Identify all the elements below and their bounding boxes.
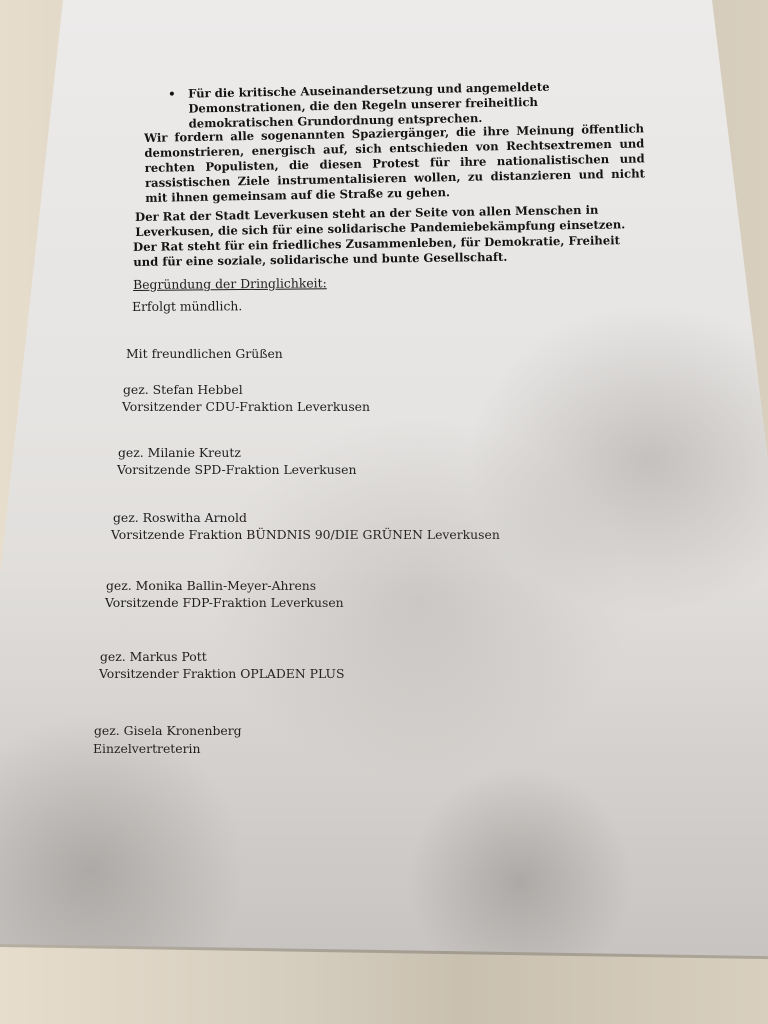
signatory-role: Einzelvertreterin	[93, 740, 200, 757]
paragraph-demand: Wir fordern alle sogenannten Spaziergäng…	[144, 121, 645, 206]
urgency-text: Erfolgt mündlich.	[132, 297, 242, 315]
signatory-role: Vorsitzender Fraktion OPLADEN PLUS	[99, 665, 344, 682]
closing-greeting: Mit freundlichen Grüßen	[126, 345, 283, 362]
signatory-role: Vorsitzende FDP-Fraktion Leverkusen	[105, 594, 344, 611]
signatory-name: gez. Stefan Hebbel	[123, 381, 243, 398]
signatory-name: gez. Markus Pott	[100, 648, 207, 665]
bullet-icon: •	[168, 87, 189, 132]
paragraph-council-values: Der Rat steht für ein friedliches Zusamm…	[133, 233, 648, 270]
signatory-role: Vorsitzende SPD-Fraktion Leverkusen	[117, 461, 356, 478]
signatory-name: gez. Roswitha Arnold	[113, 509, 247, 526]
signatory-name: gez. Monika Ballin-Meyer-Ahrens	[106, 577, 316, 594]
document-body: • Für die kritische Auseinandersetzung u…	[0, 0, 768, 1024]
signatory-name: gez. Gisela Kronenberg	[94, 722, 242, 739]
signatory-name: gez. Milanie Kreutz	[118, 444, 241, 461]
signatory-role: Vorsitzender CDU-Fraktion Leverkusen	[122, 398, 370, 415]
signatory-role: Vorsitzende Fraktion BÜNDNIS 90/DIE GRÜN…	[111, 526, 500, 543]
urgency-heading: Begründung der Dringlichkeit:	[133, 274, 327, 293]
